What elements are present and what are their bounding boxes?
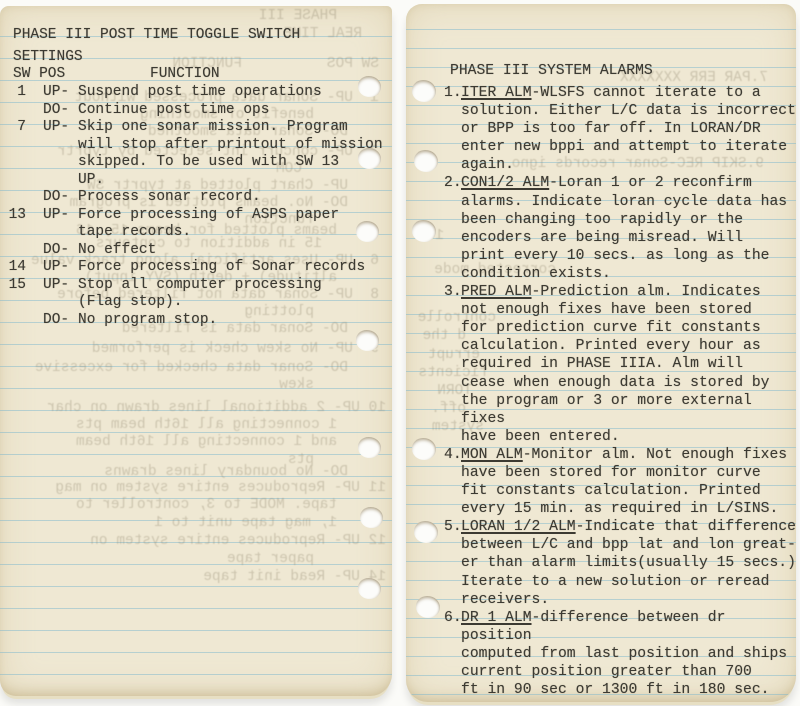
page-title-line2: SETTINGS	[13, 49, 83, 67]
punch-hole	[416, 596, 440, 618]
table-row: DO-No effect	[0, 242, 392, 260]
list-item: 6.DR 1 ALM-difference between dr positio…	[406, 609, 796, 699]
bleedthrough-line: and 1 connecting all 16th beam	[76, 434, 337, 450]
punch-hole	[412, 80, 436, 102]
bleedthrough-line: tape. MODE to 3, controller to	[76, 497, 337, 513]
bleedthrough-line: 1, mag tape unit to 1	[154, 515, 337, 531]
punch-hole	[358, 76, 381, 97]
bleedthrough-line: 11 UP- Reproduces entire system on mag	[55, 480, 386, 496]
bleedthrough-line: 9 UP- No skew check is performed	[92, 341, 379, 357]
bleedthrough-line: paper tape	[227, 551, 314, 567]
table-row: 13UP-Force processing of ASPS paper tape…	[0, 207, 392, 242]
bleedthrough-line: 12 UP- Reproduces entire system on	[90, 533, 386, 549]
table-row: 1UP-Suspend post time operations	[0, 84, 392, 102]
punch-hole	[414, 521, 438, 543]
page-title: PHASE III SYSTEM ALARMS	[450, 62, 653, 80]
punch-hole	[358, 148, 381, 169]
table-row: DO-Process sonar record.	[0, 189, 392, 207]
list-item: 5.LORAN 1/2 ALM-Indicate that difference…	[406, 518, 796, 608]
left-page: PHASE IIIREAL TIMESW POSFUNCTION1 UP- So…	[0, 6, 392, 696]
table-row: DO-Continue post time ops	[0, 102, 392, 120]
bleedthrough-line: 1 connecting all 16th beam pts	[76, 417, 337, 433]
punch-hole	[358, 578, 381, 599]
bleedthrough-line: skew	[279, 377, 314, 393]
punch-hole	[356, 330, 379, 351]
list-item: 3.PRED ALM-Prediction alm. Indicates not…	[406, 283, 796, 446]
punch-hole	[356, 221, 379, 242]
column-header-sw-pos: SW POS	[13, 66, 65, 84]
bleedthrough-line: DO- No boundary lines drawns	[104, 464, 348, 480]
bleedthrough-line: pts	[288, 452, 314, 468]
punch-hole	[412, 438, 436, 460]
list-item: 4.MON ALM-Monitor alm. Not enough fixes …	[406, 446, 796, 518]
bleedthrough-line: 10 UP- 2 additional lines drawn on char	[47, 400, 386, 416]
table-row: DO-No program stop.	[0, 312, 392, 330]
punch-hole	[412, 220, 436, 242]
punch-hole	[414, 150, 438, 172]
right-page: 7.PAR ERR XXXXXXX9.SKIP REC-Sonar record…	[406, 4, 796, 702]
punch-hole	[360, 507, 383, 528]
list-item: 1.ITER ALM-WLSFS cannot iterate to a sol…	[406, 84, 796, 174]
table-row: 7UP-Skip one sonar mission. Program will…	[0, 119, 392, 189]
table-row: 14UP-Force processing of Sonar records	[0, 259, 392, 277]
bleedthrough-line: SW POS	[327, 56, 379, 72]
table-row: 15UP-Stop all computer processing (Flag …	[0, 277, 392, 312]
bleedthrough-line: DO- Sonar data checked for excessive	[35, 360, 348, 376]
alarms-list: 1.ITER ALM-WLSFS cannot iterate to a sol…	[406, 84, 796, 699]
switch-settings-table: 1UP-Suspend post time operationsDO-Conti…	[0, 84, 392, 329]
bleedthrough-line: PHASE III	[259, 8, 337, 24]
list-item: 2.CON1/2 ALM-Loran 1 or 2 reconfirm alar…	[406, 174, 796, 283]
scanned-notebook-pages: { "left_page": { "title_line1": "PHASE I…	[0, 0, 800, 706]
page-title-line1: PHASE III POST TIME TOGGLE SWITCH	[13, 27, 300, 45]
punch-hole	[358, 437, 381, 458]
column-header-function: FUNCTION	[150, 66, 220, 84]
